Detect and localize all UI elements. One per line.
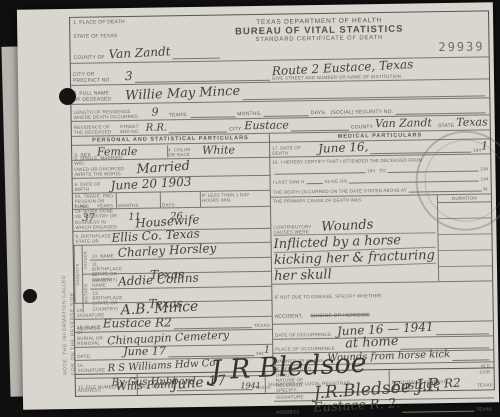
- death-occurred-label: THE DEATH OCCURRED ON THE DATE STATED AB…: [273, 188, 407, 195]
- age-months-label: MONTHS: [118, 203, 139, 208]
- contributory-label-2: CAUSES WERE:: [273, 229, 311, 235]
- color-label-2: OR RACE: [168, 152, 194, 158]
- certify-block: 18. I HEREBY CERTIFY THAT I ATTENDED THE…: [270, 154, 491, 198]
- age-days-label: DAYS: [162, 202, 175, 207]
- dod-year-digit: 1: [481, 139, 488, 152]
- certificate-number: 29939: [438, 39, 484, 54]
- residence-street-value: R.R.: [146, 122, 168, 133]
- hole-punch: [59, 88, 76, 105]
- death-occurred-blank: [409, 184, 482, 193]
- residence-state-label: STATE: [438, 123, 454, 129]
- length-label-2: WHERE DEATH OCCURRED: [74, 113, 152, 119]
- last-saw-label: I LAST SAW H: [273, 179, 305, 185]
- age-min-label: MIN.: [221, 198, 231, 203]
- residence-state-value: Texas: [456, 115, 488, 128]
- certify-year-3: 194: [480, 176, 488, 181]
- precinct-value: 3: [125, 69, 133, 83]
- full-name-label-2: OF DECEASED: [73, 96, 125, 103]
- header-section: 1. PLACE OF DEATH STATE OF TEXAS COUNTY …: [70, 11, 489, 64]
- cause-block: THE PRIMARY CAUSE OF DEATH WAS: CONTRIBU…: [271, 195, 492, 286]
- dod-value: June 16,: [318, 139, 369, 156]
- birthplace-label-2: STATE OR: [75, 238, 111, 244]
- precinct-blank: [135, 73, 270, 83]
- trade-label-6: WHICH ENGAGED: [75, 224, 117, 230]
- certificate-form: 1. PLACE OF DEATH STATE OF TEXAS COUNTY …: [69, 10, 495, 397]
- file-date-label: FILE DATE: [140, 383, 164, 388]
- last-saw-blank-1: [306, 176, 322, 184]
- informant-state-label: TEXAS: [254, 323, 270, 328]
- physician-sig-label: SIGNATURE: [276, 394, 312, 400]
- mother-name-label-1: 12. MAIDEN: [92, 272, 118, 283]
- burial-date-value: June 17: [123, 344, 166, 358]
- parents-block: PARENTS FATHER 10. NAME Charley Horsley: [74, 243, 272, 304]
- residence-county-label: COUNTY: [351, 124, 373, 130]
- duration-column: DURATION: [437, 195, 492, 282]
- undertaker-addr-label: ADDRESS: [78, 387, 104, 393]
- residence-street-blank: [169, 124, 227, 133]
- mother-name-label-2: NAME: [92, 282, 118, 288]
- dob-label-2: BIRTH: [75, 186, 111, 192]
- residence-label-2: THE DECEASED: [74, 129, 120, 135]
- street-no-label-2: AND NO.: [120, 129, 146, 135]
- physician-addr-label: ADDRESS: [276, 410, 299, 416]
- accident-label: ACCIDENT,: [275, 314, 303, 320]
- mother-name-value: Addie Collins: [118, 271, 199, 289]
- county-blank: [173, 51, 220, 60]
- alive-on-label: ALIVE ON: [325, 179, 347, 185]
- occ-date-blank: [436, 327, 489, 336]
- ssn-blank: [395, 105, 485, 114]
- color-value: White: [202, 143, 235, 157]
- months-label: MONTHS.: [237, 111, 262, 117]
- place-of-death-label: 1. PLACE OF DEATH: [73, 18, 221, 26]
- length-years-value: 9: [151, 106, 158, 119]
- certify-year-2: 194: [480, 166, 488, 171]
- burial-label-1: 15. PLACE OF: [77, 325, 107, 336]
- undertaker-sig-label: 16. SIGNATURE: [77, 362, 107, 373]
- dod-label-2: DEATH: [272, 150, 304, 156]
- certify-year-1: 194: [367, 168, 375, 173]
- occ-date-label: DATE OF OCCURRENCE: [275, 332, 331, 338]
- dod-year-prefix: 194: [473, 147, 481, 152]
- hole-punch: [23, 289, 37, 303]
- burial-label-3: REMOVAL: [77, 340, 107, 346]
- mother-bp-label-1: 13. BIRTHPLACE: [92, 290, 130, 301]
- physician-addr-value: Eustace R. 2.: [313, 397, 401, 416]
- residence-city-label: CITY: [229, 126, 241, 132]
- state-of-texas-label: STATE OF TEXAS: [73, 31, 221, 39]
- residence-city-value: Eustace: [244, 119, 289, 133]
- po-state-label: TEXAS: [477, 382, 493, 387]
- father-name-label: 10. NAME: [92, 253, 118, 259]
- personal-column: PERSONAL AND STATISTICAL PARTICULARS 3. …: [72, 134, 274, 374]
- street-hint: GIVE STREET AND NUMBER OR NAME OF INSTIT…: [272, 74, 401, 81]
- days-blank: [264, 108, 309, 117]
- not-disease-label: IF NOT DUE TO DISEASE, SPECIFY WHETHER:: [274, 293, 382, 300]
- dod-blank: [370, 145, 471, 155]
- certify-blank-1: [274, 165, 365, 174]
- county-label: COUNTY OF: [74, 54, 105, 60]
- certify-blank-2: [388, 164, 479, 173]
- m-label: M.: [483, 186, 488, 191]
- burial-date-label: DATE:: [77, 353, 99, 359]
- months-blank: [190, 109, 235, 118]
- physician-addr-blank: [402, 404, 474, 413]
- dob-value: June 20 1903: [110, 175, 191, 193]
- years-label: YEARS.: [169, 112, 189, 118]
- precinct-label: PRECINCT NO.: [73, 77, 125, 84]
- certify-to-label: TO: [379, 168, 386, 173]
- physician-address-row: ADDRESS Eustace R. 2. TEXAS: [274, 399, 494, 416]
- residence-city-blank: [291, 123, 349, 132]
- suicide-homicide-struck-label: SUICIDE OR HOMICIDE: [310, 313, 369, 320]
- physician-state-label: TEXAS: [476, 407, 492, 412]
- medical-column: MEDICAL PARTICULARS 17. DATE OF DEATH Ju…: [270, 130, 494, 370]
- marital-label-3: (WRITE THE WORD): [74, 171, 136, 177]
- days-label: DAYS.: [311, 110, 327, 116]
- certificate-paper: NOTE: THE INFORMATION CALLED FOR ON THE …: [17, 2, 499, 409]
- residence-county-value: Van Zandt: [375, 116, 432, 130]
- informant-addr-blank: [174, 320, 252, 329]
- means-blank: [452, 353, 490, 362]
- contributory-line-1: Wounds: [321, 218, 374, 236]
- trade-label-2: FESSION OR KIND: [75, 198, 117, 209]
- age-hours-label: HOURS: [202, 198, 219, 203]
- father-bp-label-1: 11. BIRTHPLACE: [92, 261, 130, 272]
- full-name-value: Willie May Mince: [125, 84, 240, 104]
- informant-addr-value: Eustace R2: [103, 315, 172, 330]
- county-value: Van Zandt: [108, 44, 171, 61]
- main-columns: PERSONAL AND STATISTICAL PARTICULARS 3. …: [72, 130, 494, 374]
- ssn-label: (SOCIAL) SECURITY NO.: [330, 109, 393, 116]
